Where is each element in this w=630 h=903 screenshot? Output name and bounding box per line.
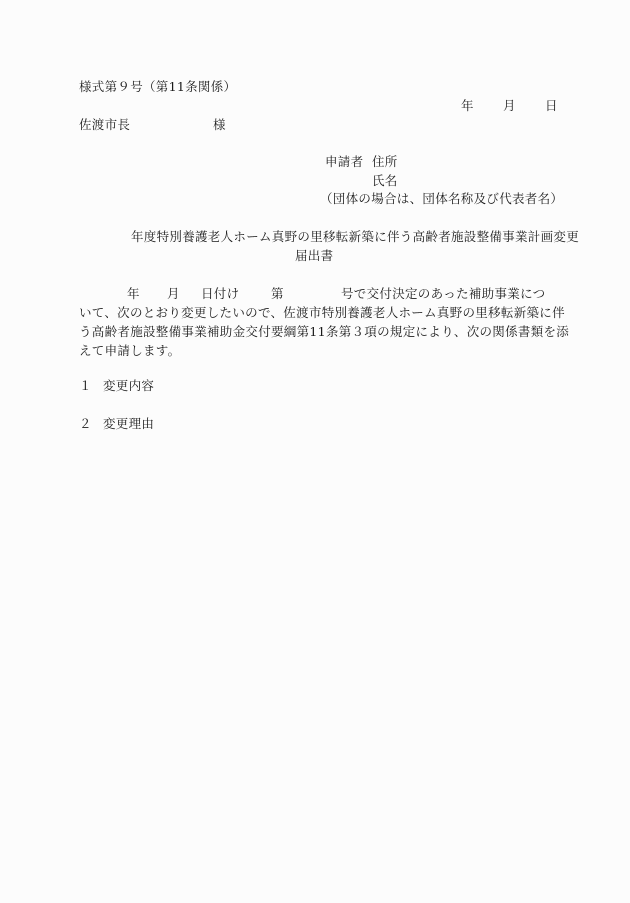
item-label: 変更内容 <box>103 378 154 393</box>
addressee: 佐渡市長様 <box>79 117 226 133</box>
body-row-3: う高齢者施設整備事業補助金交付要綱第11条第３項の規定により、次の関係書類を添 <box>79 322 549 341</box>
form-number: 様式第９号（第11条関係） <box>79 79 236 95</box>
item-change-reason: ２変更理由 <box>79 416 154 432</box>
item-number: ２ <box>79 416 103 432</box>
body-row-1: 年月日付け第号で交付決定のあった補助事業につ <box>79 284 549 303</box>
body-first-row-rest: 号で交付決定のあった補助事業につ <box>341 284 545 303</box>
body-paragraph: 年月日付け第号で交付決定のあった補助事業につ いて、次のとおり変更したいので、佐… <box>79 284 549 360</box>
addressee-honorific: 様 <box>213 117 226 132</box>
date-year-label: 年 <box>461 98 503 114</box>
applicant-role-label: 申請者 <box>325 154 372 170</box>
date-day-label: 日 <box>545 98 558 114</box>
applicant-address-label: 住所 <box>372 154 398 169</box>
applicant-note: （団体の場合は、団体名称及び代表者名） <box>320 191 563 207</box>
applicant-name-label: 氏名 <box>372 173 398 189</box>
document-page: 様式第９号（第11条関係） 年月日 佐渡市長様 申請者住所 氏名 （団体の場合は… <box>0 0 630 903</box>
body-date-suffix: 日付け <box>201 284 271 303</box>
body-row-4: えて申請します。 <box>79 341 549 360</box>
body-month-label: 月 <box>167 284 201 303</box>
item-number: １ <box>79 378 103 394</box>
body-number-prefix: 第 <box>271 284 341 303</box>
document-title-line1: 年度特別養護老人ホーム真野の里移転新築に伴う高齢者施設整備事業計画変更 <box>131 229 579 245</box>
item-change-content: １変更内容 <box>79 378 154 394</box>
addressee-name: 佐渡市長 <box>79 117 213 133</box>
document-title-line2: 届出書 <box>295 248 333 264</box>
body-year-label: 年 <box>127 284 167 303</box>
date-month-label: 月 <box>503 98 545 114</box>
item-label: 変更理由 <box>103 416 154 431</box>
date-line: 年月日 <box>461 98 558 114</box>
applicant-address-line: 申請者住所 <box>325 154 398 170</box>
body-row-2: いて、次のとおり変更したいので、佐渡市特別養護老人ホーム真野の里移転新築に伴 <box>79 303 549 322</box>
